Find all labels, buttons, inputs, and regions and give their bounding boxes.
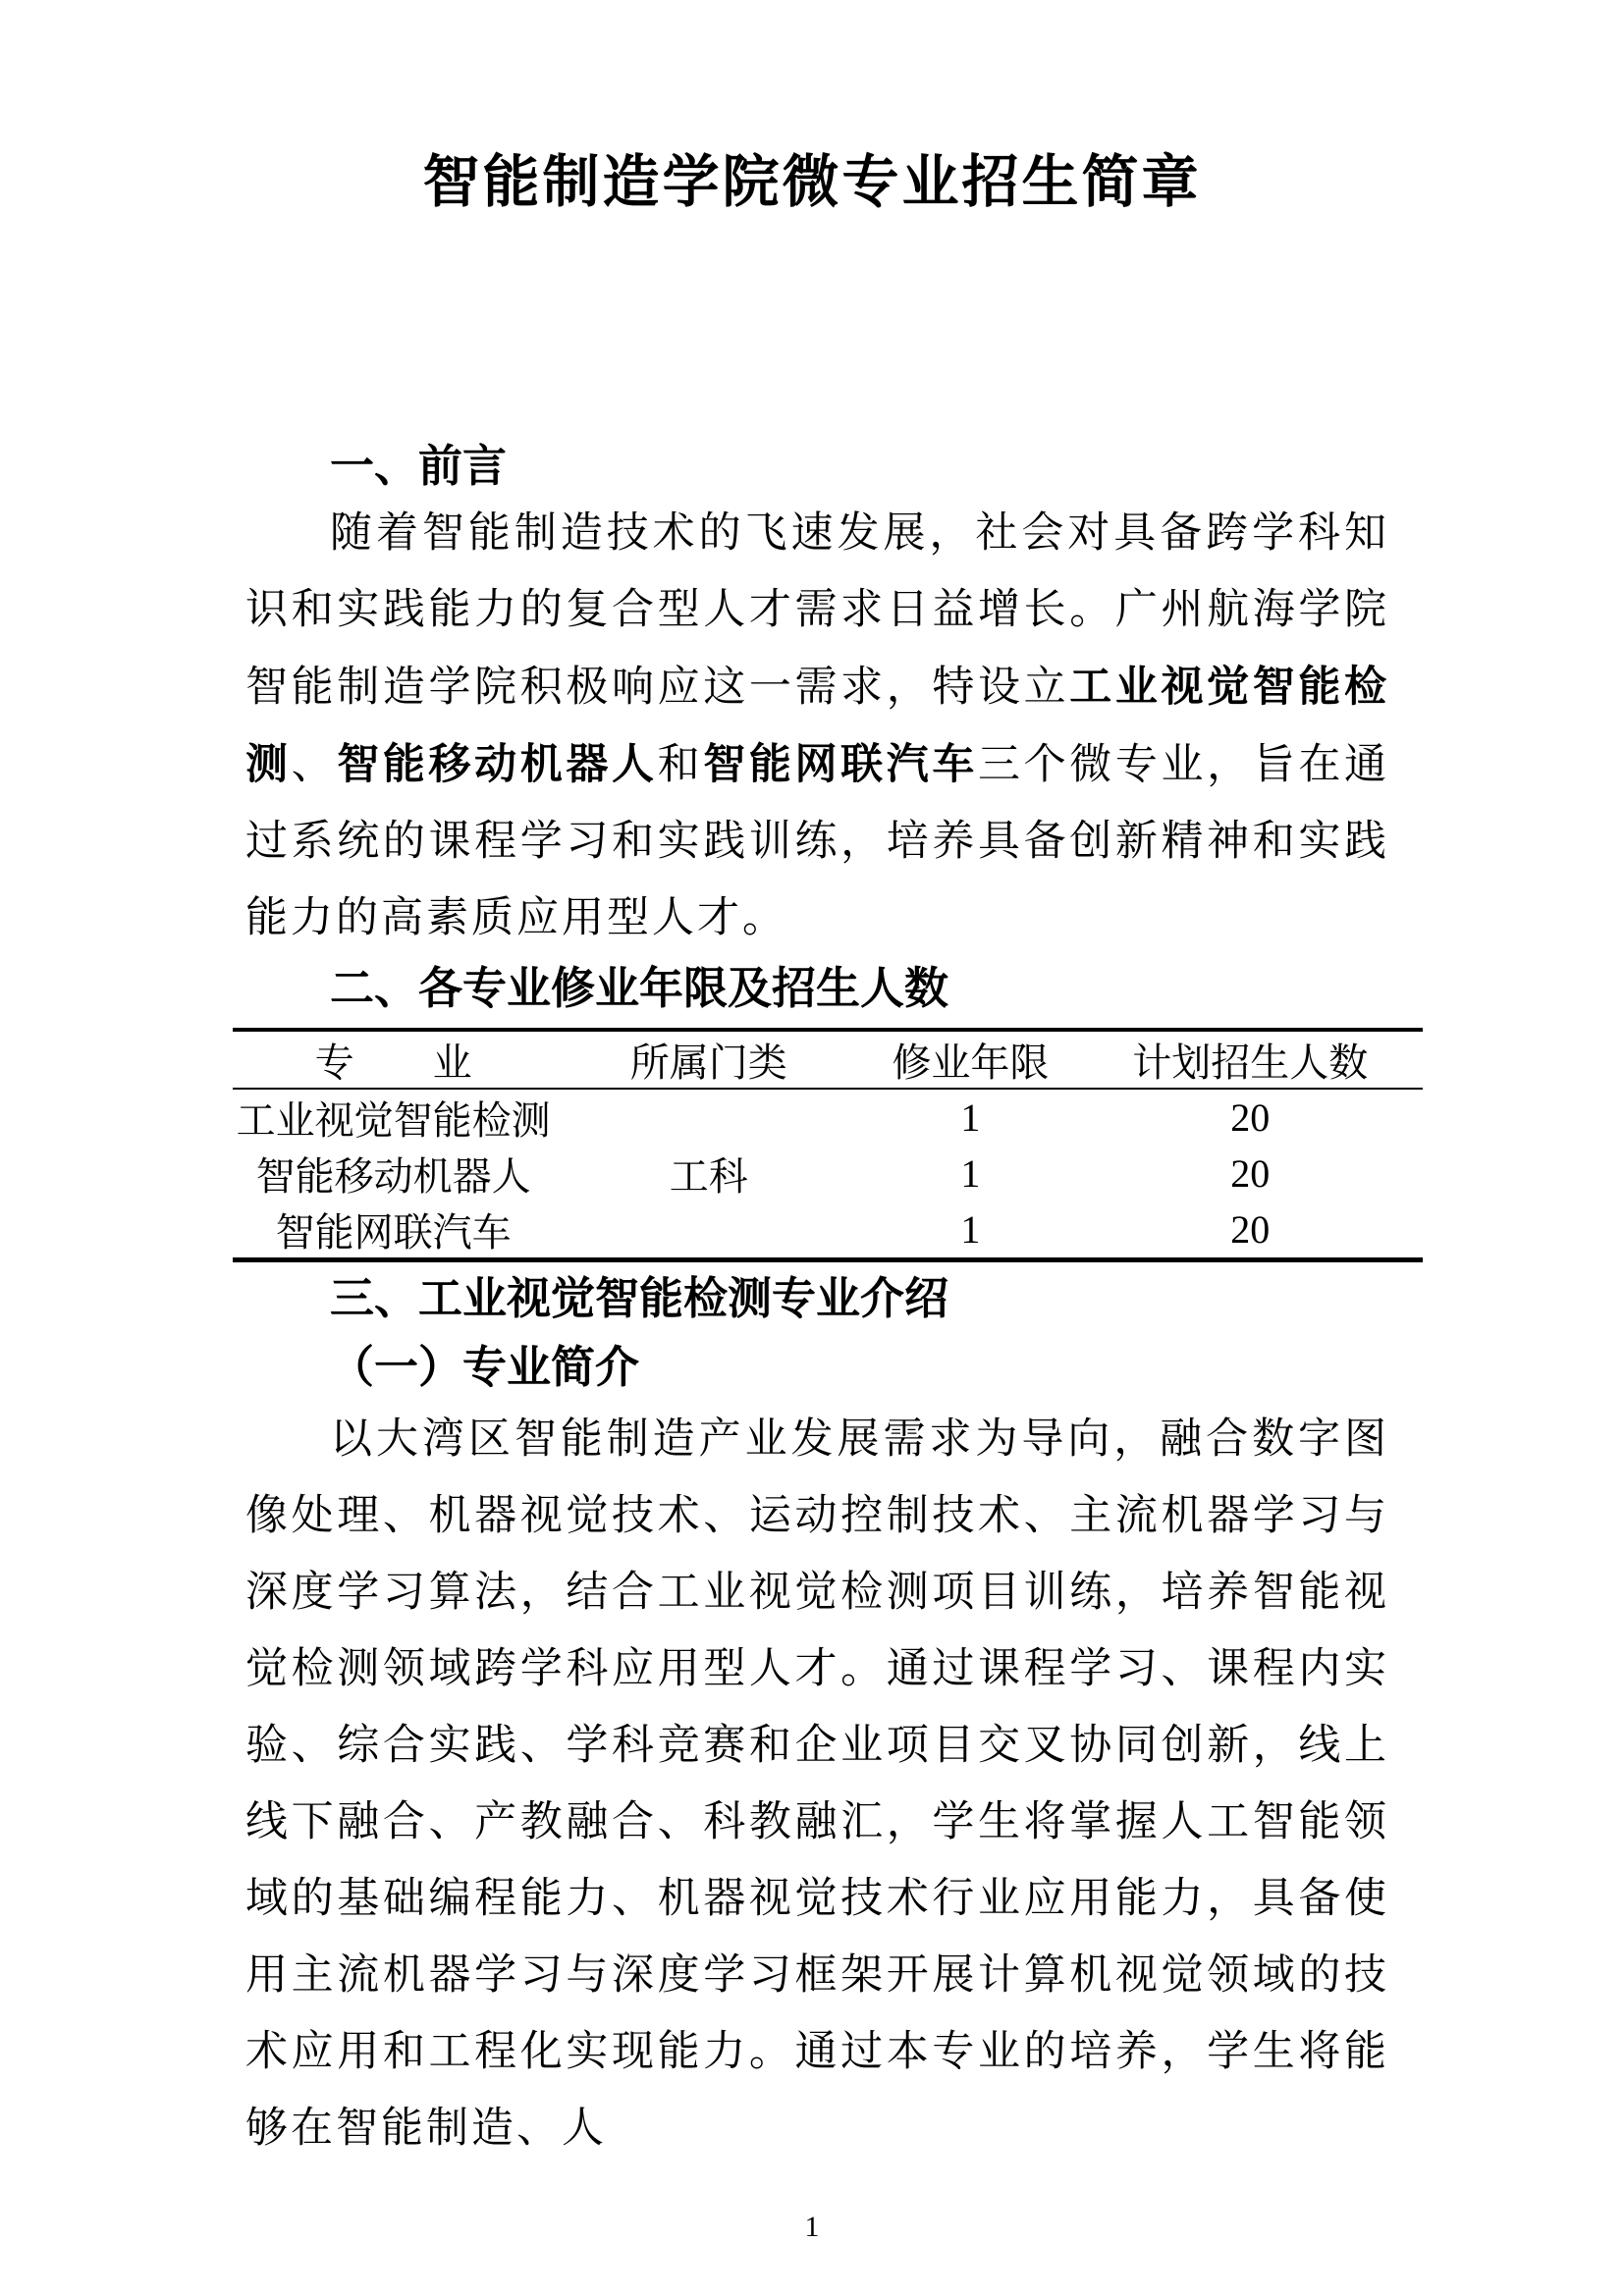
col-header-duration: 修业年限 <box>863 1030 1077 1089</box>
cell-duration: 1 <box>863 1089 1077 1146</box>
enrollment-table: 专 业 所属门类 修业年限 计划招生人数 工业视觉智能检测 工科 1 20 智能… <box>233 1028 1423 1262</box>
cell-major: 智能网联汽车 <box>233 1201 554 1260</box>
cell-duration: 1 <box>863 1201 1077 1260</box>
subsection-heading-overview: （一）专业简介 <box>245 1331 1474 1395</box>
table-header-row: 专 业 所属门类 修业年限 计划招生人数 <box>233 1030 1423 1089</box>
preface-paragraph: 随着智能制造技术的飞速发展，社会对具备跨学科知识和实践能力的复合型人才需求日益增… <box>245 496 1389 957</box>
major-overview-paragraph: 以大湾区智能制造产业发展需求为导向，融合数字图像处理、机器视觉技术、运动控制技术… <box>245 1402 1389 2167</box>
col-header-major: 专 业 <box>233 1030 554 1089</box>
emphasized-major-name: 智能移动机器人 <box>337 741 657 788</box>
page-number: 1 <box>0 2211 1624 2244</box>
section-heading-major-intro: 三、工业视觉智能检测专业介绍 <box>245 1262 1474 1326</box>
table-row: 工业视觉智能检测 工科 1 20 <box>233 1089 1423 1146</box>
cell-major: 智能移动机器人 <box>233 1146 554 1201</box>
body-text: 、 <box>292 742 338 788</box>
cell-category-merged: 工科 <box>554 1089 863 1260</box>
body-text: 和 <box>658 742 704 788</box>
cell-duration: 1 <box>863 1146 1077 1201</box>
col-header-category: 所属门类 <box>554 1030 863 1089</box>
cell-quota: 20 <box>1078 1201 1424 1260</box>
cell-quota: 20 <box>1078 1146 1424 1201</box>
section-heading-preface: 一、前言 <box>245 430 1474 494</box>
document-title: 智能制造学院微专业招生简章 <box>0 135 1624 218</box>
section-heading-enrollment: 二、各专业修业年限及招生人数 <box>245 952 1474 1016</box>
cell-quota: 20 <box>1078 1089 1424 1146</box>
col-header-quota: 计划招生人数 <box>1078 1030 1424 1089</box>
emphasized-major-name: 智能网联汽车 <box>703 741 978 788</box>
document-page: 智能制造学院微专业招生简章 一、前言 随着智能制造技术的飞速发展，社会对具备跨学… <box>0 0 1624 2296</box>
cell-major: 工业视觉智能检测 <box>233 1089 554 1146</box>
